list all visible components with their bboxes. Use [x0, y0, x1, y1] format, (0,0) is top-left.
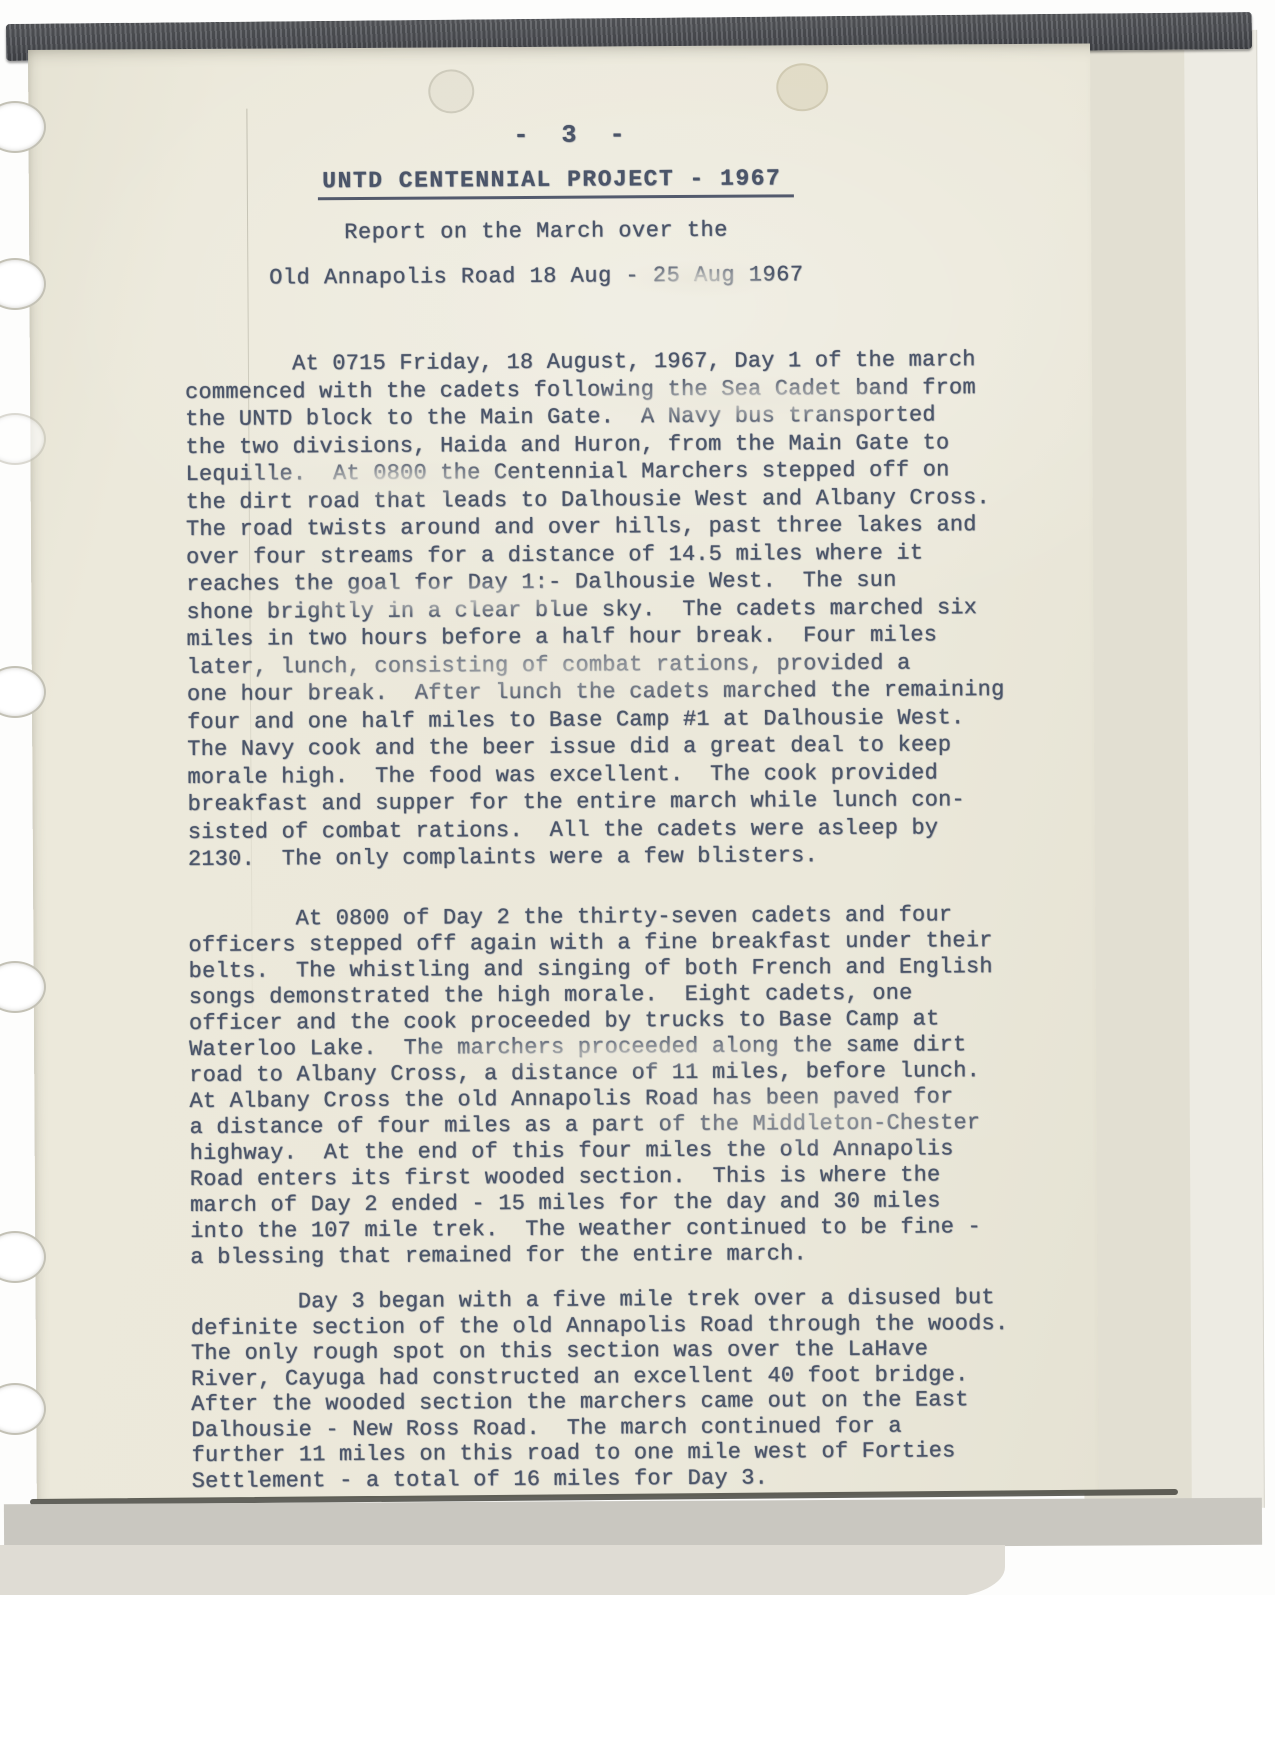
- typewritten-page: - 3 - UNTD CENTENNIAL PROJECT - 1967 Rep…: [28, 44, 1099, 1500]
- page-number: - 3 -: [328, 119, 818, 151]
- stamp-smudge: [776, 63, 828, 111]
- stamp-smudge: [428, 69, 474, 113]
- paragraph-day-2: At 0800 of Day 2 the thirty-seven cadets…: [188, 902, 1035, 1271]
- document-title: UNTD CENTENNIAL PROJECT - 1967: [318, 165, 793, 200]
- scanned-page-container: - 3 - UNTD CENTENNIAL PROJECT - 1967 Rep…: [0, 0, 1275, 1754]
- paragraph-day-1: At 0715 Friday, 18 August, 1967, Day 1 o…: [185, 346, 1033, 874]
- paragraph-day-3: Day 3 began with a five mile trek over a…: [191, 1285, 1037, 1494]
- under-sheet-edge-2: [1184, 30, 1265, 1508]
- scanner-background: [0, 1595, 1275, 1754]
- subtitle-line-1: Report on the March over the: [29, 216, 1043, 247]
- scanner-lower-band: [4, 1498, 1262, 1552]
- scanner-lower-band-2: [0, 1545, 1005, 1597]
- subtitle-line-2: Old Annapolis Road 18 Aug - 25 Aug 1967: [29, 261, 1043, 292]
- title-row: UNTD CENTENNIAL PROJECT - 1967: [49, 164, 1063, 202]
